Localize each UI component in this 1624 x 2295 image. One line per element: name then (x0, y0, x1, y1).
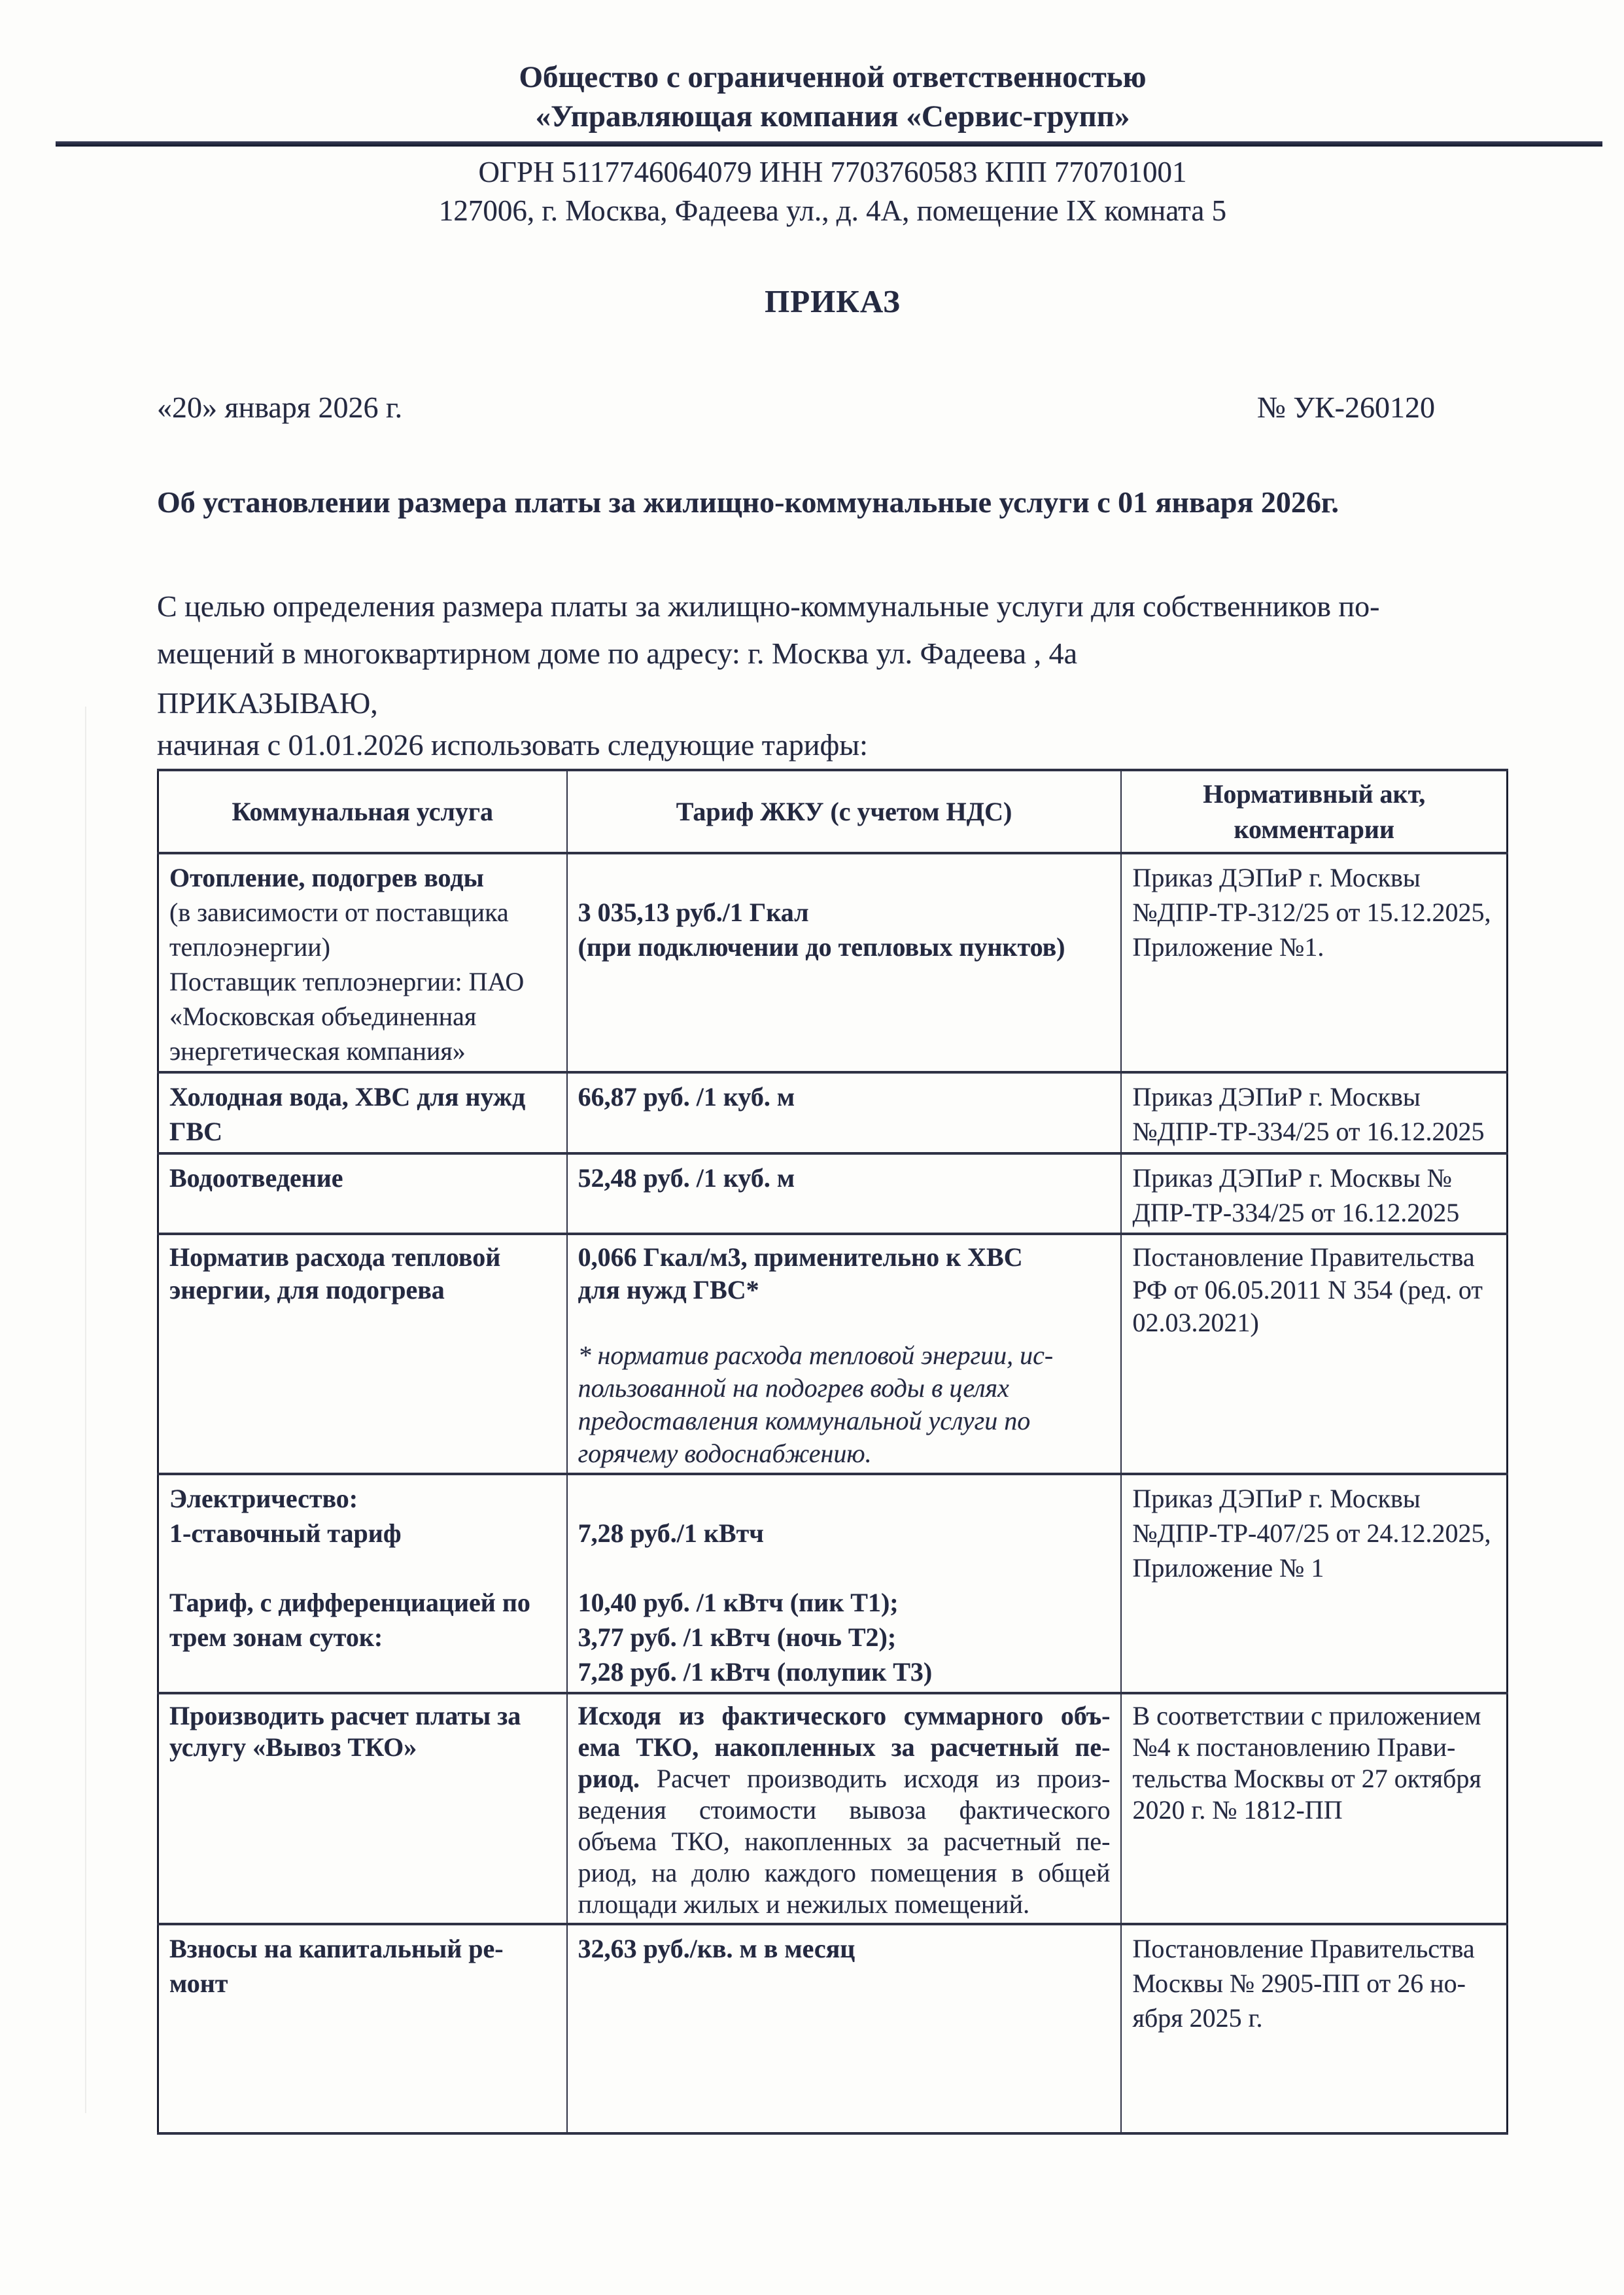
cell-tariff-row4: 0,066 Гкал/м3, применительно к ХВСдля ну… (567, 1234, 1122, 1474)
cell-line: Водоотведение (169, 1161, 556, 1195)
cell-line: 66,87 руб. /1 куб. м (578, 1079, 1111, 1114)
cell-line: (при подключении до тепловых пунктов) (578, 930, 1111, 964)
cell-line: 0,066 Гкал/м3, применительно к ХВС (578, 1241, 1111, 1274)
cell-line: (в зависимости от поставщика (169, 895, 556, 930)
cell-line: Взносы на капитальный ре- (169, 1931, 556, 1966)
cell-service-row7: Взносы на капитальный ре-монт (158, 1924, 567, 2133)
cell-line: Приказ ДЭПиР г. Москвы (1132, 1481, 1496, 1516)
table-row: Взносы на капитальный ре-монт32,63 руб./… (158, 1924, 1508, 2133)
date-number-row: «20» января 2026 г. № УК-260120 (157, 388, 1508, 427)
cell-line: 10,40 руб. /1 кВтч (пик Т1); (578, 1585, 1111, 1620)
company-address-line: 127006, г. Москва, Фадеева ул., д. 4А, п… (157, 192, 1508, 230)
cell-service-row3: Водоотведение (158, 1153, 567, 1234)
column-header-3: Нормативный акт,комментарии (1121, 770, 1507, 853)
company-name-line2: «Управляющая компания «Сервис-групп» (157, 97, 1508, 136)
cell-line: 1-ставочный тариф (169, 1516, 556, 1550)
cell-line: теплоэнергии) (169, 930, 556, 964)
cell-act-row2: Приказ ДЭПиР г. Москвы№ДПР-ТР-334/25 от … (1121, 1072, 1507, 1153)
table-row: Электричество:1-ставочный тариф Тариф, с… (158, 1474, 1508, 1693)
cell-line: Отопление, подогрев воды (169, 860, 556, 895)
cell-line: 2020 г. № 1812-ПП (1132, 1795, 1496, 1826)
cell-act-row7: Постановление ПравительстваМосквы № 2905… (1121, 1924, 1507, 2133)
cell-line: ДПР-ТР-334/25 от 16.12.2025 (1132, 1195, 1496, 1230)
company-details: ОГРН 5117746064079 ИНН 7703760583 КПП 77… (157, 153, 1508, 230)
cell-line: Москвы № 2905-ПП от 26 но- (1132, 1966, 1496, 2001)
table-row: Отопление, подогрев воды(в зависимости о… (158, 853, 1508, 1072)
tariffs-intro: начиная с 01.01.2026 использовать следую… (157, 724, 1508, 766)
cell-line: объема ТКО, накопленных за расчетный пе- (578, 1826, 1111, 1857)
table-row: Норматив расхода тепловойэнергии, для по… (158, 1234, 1508, 1474)
tariff-table-head: Коммунальная услугаТариф ЖКУ (с учетом Н… (158, 770, 1508, 853)
cell-line: тельства Москвы от 27 октября (1132, 1763, 1496, 1795)
cell-line: ема ТКО, накопленных за расчетный пе- (578, 1732, 1111, 1763)
cell-line: Приказ ДЭПиР г. Москвы (1132, 860, 1496, 895)
table-row: Производить расчет платы зауслугу «Вывоз… (158, 1693, 1508, 1924)
table-row: Водоотведение52,48 руб. /1 куб. мПриказ … (158, 1153, 1508, 1234)
cell-line: монт (169, 1966, 556, 2001)
cell-line: 3 035,13 руб./1 Гкал (578, 895, 1111, 930)
company-registration-line: ОГРН 5117746064079 ИНН 7703760583 КПП 77… (157, 153, 1508, 192)
cell-service-row5: Электричество:1-ставочный тариф Тариф, с… (158, 1474, 567, 1693)
cell-line: №ДПР-ТР-334/25 от 16.12.2025 (1132, 1114, 1496, 1149)
table-header-row: Коммунальная услугаТариф ЖКУ (с учетом Н… (158, 770, 1508, 853)
cell-line: горячему водоснабжению. (578, 1437, 1111, 1470)
cell-act-row3: Приказ ДЭПиР г. Москвы №ДПР-ТР-334/25 от… (1121, 1153, 1507, 1234)
cell-act-row5: Приказ ДЭПиР г. Москвы№ДПР-ТР-407/25 от … (1121, 1474, 1507, 1693)
cell-line: Постановление Правительства (1132, 1931, 1496, 1966)
command-word: ПРИКАЗЫВАЮ, (157, 682, 1508, 724)
document-content: Общество с ограниченной ответственностью… (157, 58, 1508, 2135)
cell-line: В соответствии с приложением (1132, 1700, 1496, 1732)
cell-line (578, 860, 1111, 895)
cell-line: ября 2025 г. (1132, 2001, 1496, 2035)
cell-line: площади жилых и нежилых помещений. (578, 1889, 1111, 1920)
cell-line (169, 1550, 556, 1585)
cell-line: 7,28 руб./1 кВтч (578, 1516, 1111, 1550)
cell-tariff-row3: 52,48 руб. /1 куб. м (567, 1153, 1122, 1234)
cell-line: Электричество: (169, 1481, 556, 1516)
cell-line: энергетическая компания» (169, 1034, 556, 1068)
cell-line (578, 1550, 1111, 1585)
order-body-line2: мещений в многоквартирном доме по адресу… (157, 630, 1508, 677)
cell-service-row4: Норматив расхода тепловойэнергии, для по… (158, 1234, 567, 1474)
cell-line: Приложение № 1 (1132, 1550, 1496, 1585)
order-date: «20» января 2026 г. (157, 388, 402, 427)
column-header-1: Коммунальная услуга (158, 770, 567, 853)
cell-line: ГВС (169, 1114, 556, 1149)
cell-line: риод. Расчет производить исходя из произ… (578, 1763, 1111, 1795)
cell-line: ведения стоимости вывоза фактического (578, 1795, 1111, 1826)
order-number: № УК-260120 (1257, 388, 1435, 427)
cell-act-row4: Постановление ПравительстваРФ от 06.05.2… (1121, 1234, 1507, 1474)
cell-line: трем зонам суток: (169, 1620, 556, 1655)
cell-line: 52,48 руб. /1 куб. м (578, 1161, 1111, 1195)
tariff-table-body: Отопление, подогрев воды(в зависимости о… (158, 853, 1508, 2133)
cell-line: Тариф, с дифференциацией по (169, 1585, 556, 1620)
cell-line: 3,77 руб. /1 кВтч (ночь Т2); (578, 1620, 1111, 1655)
cell-line: Холодная вода, ХВС для нужд (169, 1079, 556, 1114)
cell-line: 7,28 руб. /1 кВтч (полупик Т3) (578, 1655, 1111, 1689)
cell-line: 02.03.2021) (1132, 1306, 1496, 1339)
order-body: С целью определения размера платы за жил… (157, 583, 1508, 677)
table-row: Холодная вода, ХВС для нуждГВС66,87 руб.… (158, 1072, 1508, 1153)
cell-service-row1: Отопление, подогрев воды(в зависимости о… (158, 853, 567, 1072)
cell-line: Производить расчет платы за (169, 1700, 556, 1732)
cell-line: «Московская объединенная (169, 999, 556, 1034)
cell-line: РФ от 06.05.2011 N 354 (ред. от (1132, 1274, 1496, 1306)
cell-line: Поставщик теплоэнергии: ПАО (169, 964, 556, 999)
tariff-table: Коммунальная услугаТариф ЖКУ (с учетом Н… (157, 769, 1508, 2135)
cell-act-row1: Приказ ДЭПиР г. Москвы№ДПР-ТР-312/25 от … (1121, 853, 1507, 1072)
column-header-2: Тариф ЖКУ (с учетом НДС) (567, 770, 1122, 853)
cell-line: №ДПР-ТР-407/25 от 24.12.2025, (1132, 1516, 1496, 1550)
cell-line: №4 к постановлению Прави- (1132, 1732, 1496, 1763)
company-name-line1: Общество с ограниченной ответственностью (157, 58, 1508, 97)
cell-line: Приказ ДЭПиР г. Москвы (1132, 1079, 1496, 1114)
order-subject: Об установлении размера платы за жилищно… (157, 482, 1508, 523)
cell-line: Постановление Правительства (1132, 1241, 1496, 1274)
cell-line: Приказ ДЭПиР г. Москвы № (1132, 1161, 1496, 1195)
cell-tariff-row2: 66,87 руб. /1 куб. м (567, 1072, 1122, 1153)
cell-line (578, 1481, 1111, 1516)
cell-line: риод, на долю каждого помещения в общей (578, 1857, 1111, 1889)
cell-line: Исходя из фактического суммарного объ- (578, 1700, 1111, 1732)
cell-line: пользованной на подогрев воды в целях (578, 1372, 1111, 1405)
cell-line: №ДПР-ТР-312/25 от 15.12.2025, (1132, 895, 1496, 930)
cell-line: энергии, для подогрева (169, 1274, 556, 1306)
cell-line: * норматив расхода тепловой энергии, ис- (578, 1339, 1111, 1372)
scanned-order-document: Общество с ограниченной ответственностью… (0, 0, 1624, 2295)
cell-service-row2: Холодная вода, ХВС для нуждГВС (158, 1072, 567, 1153)
cell-tariff-row6: Исходя из фактического суммарного объ-ем… (567, 1693, 1122, 1924)
cell-service-row6: Производить расчет платы зауслугу «Вывоз… (158, 1693, 567, 1924)
company-name: Общество с ограниченной ответственностью… (157, 58, 1508, 136)
cell-line: предоставления коммунальной услуги по (578, 1405, 1111, 1437)
doc-type-title: ПРИКАЗ (157, 283, 1508, 320)
scan-edge-artifact (85, 707, 86, 2113)
cell-tariff-row1: 3 035,13 руб./1 Гкал(при подключении до … (567, 853, 1122, 1072)
cell-tariff-row5: 7,28 руб./1 кВтч 10,40 руб. /1 кВтч (пик… (567, 1474, 1122, 1693)
order-body-line1: С целью определения размера платы за жил… (157, 583, 1508, 630)
cell-line: Приложение №1. (1132, 930, 1496, 964)
cell-line: услугу «Вывоз ТКО» (169, 1732, 556, 1763)
cell-tariff-row7: 32,63 руб./кв. м в месяц (567, 1924, 1122, 2133)
cell-line: 32,63 руб./кв. м в месяц (578, 1931, 1111, 1966)
cell-line (578, 1306, 1111, 1339)
cell-line: для нужд ГВС* (578, 1274, 1111, 1306)
cell-line: Норматив расхода тепловой (169, 1241, 556, 1274)
cell-act-row6: В соответствии с приложением№4 к постано… (1121, 1693, 1507, 1924)
